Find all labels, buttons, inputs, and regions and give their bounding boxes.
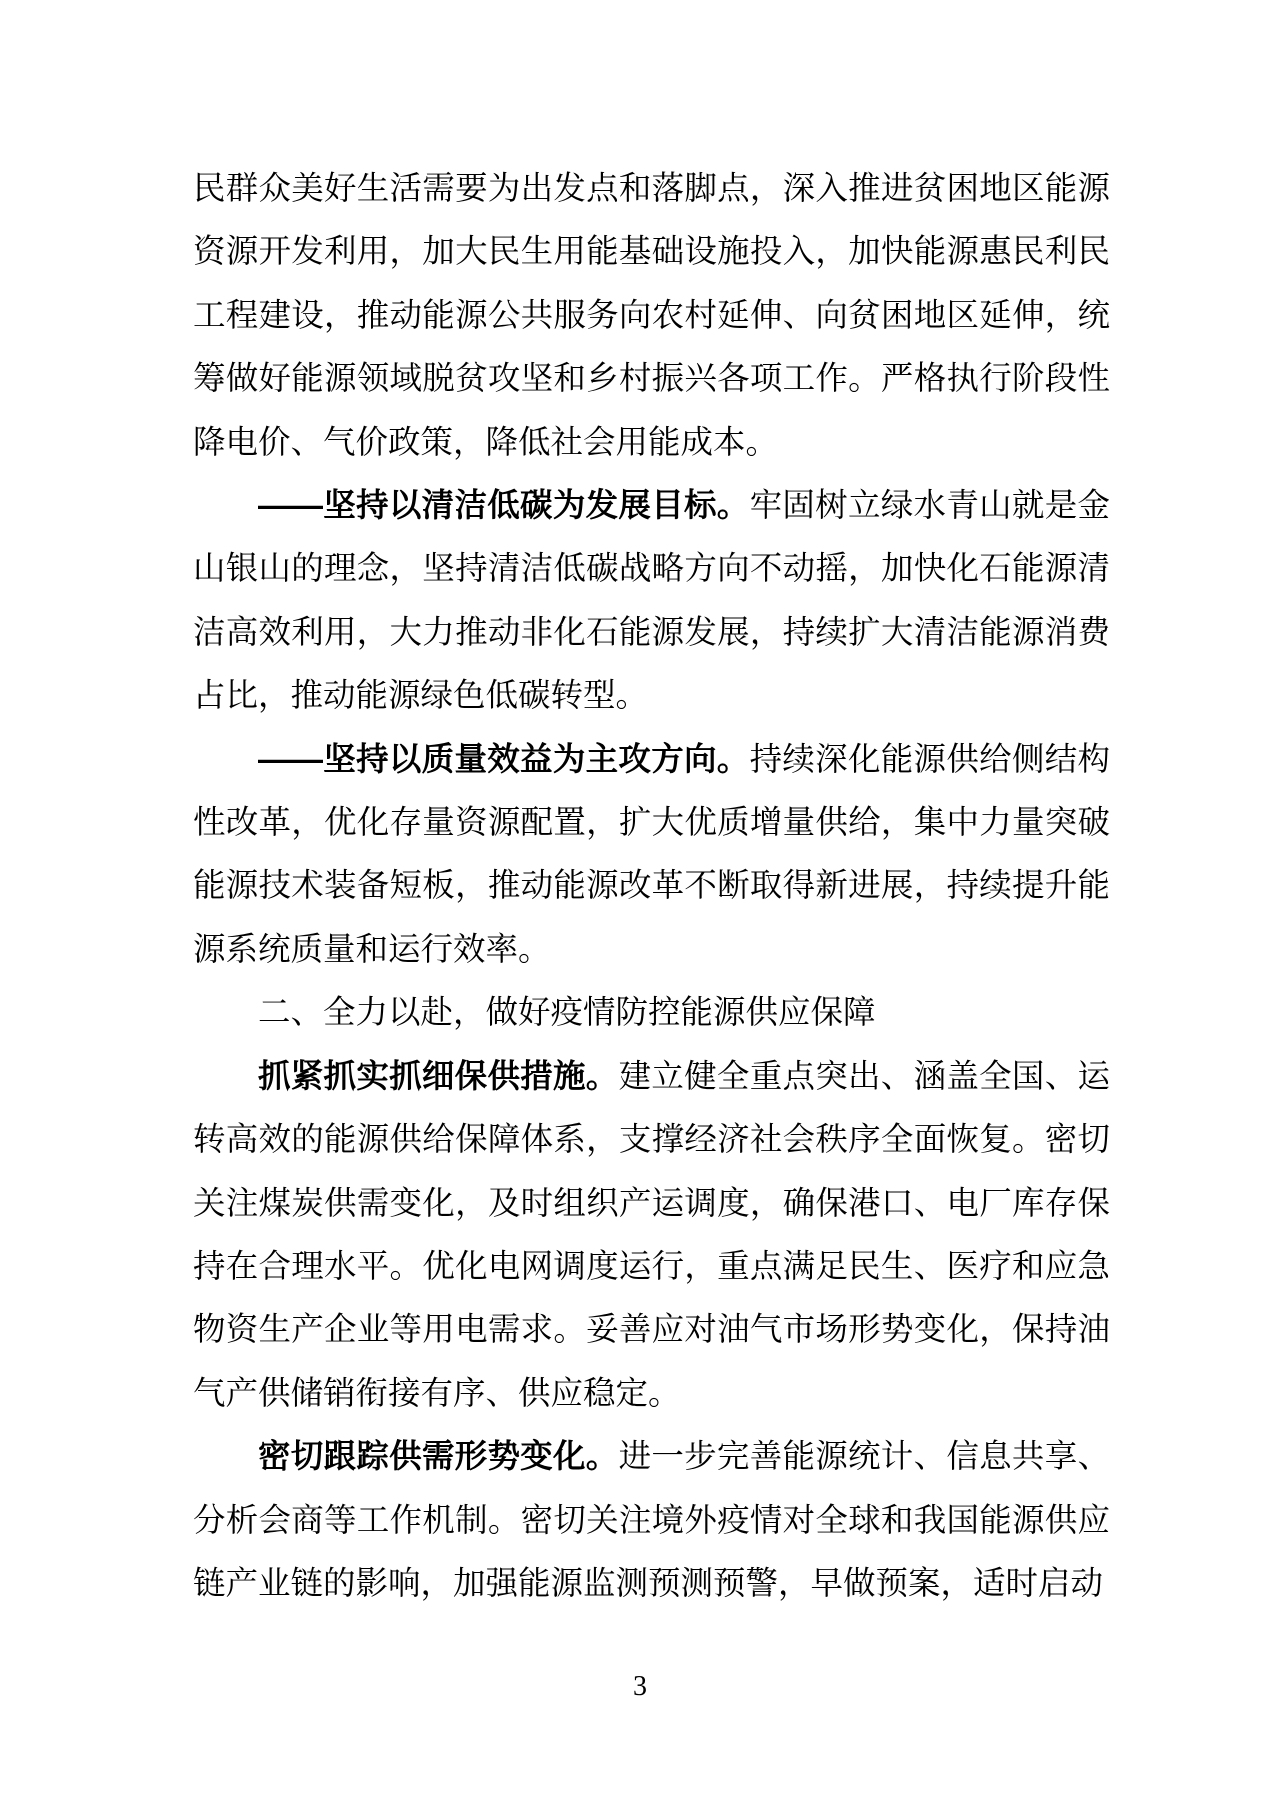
document-text-block: 民群众美好生活需要为出发点和落脚点，深入推进贫困地区能源资源开发利用，加大民生用… xyxy=(193,157,1110,1615)
body-paragraph: 民群众美好生活需要为出发点和落脚点，深入推进贫困地区能源资源开发利用，加大民生用… xyxy=(193,157,1110,474)
section-heading: 二、全力以赴，做好疫情防控能源供应保障 xyxy=(193,981,1110,1044)
body-paragraph: ——坚持以质量效益为主攻方向。持续深化能源供给侧结构性改革，优化存量资源配置，扩… xyxy=(193,728,1110,982)
bold-lead-run: 抓紧抓实抓细保供措施。 xyxy=(258,1058,619,1094)
bold-lead-run: ——坚持以清洁低碳为发展目标。 xyxy=(258,487,750,523)
bold-lead-run: ——坚持以质量效益为主攻方向。 xyxy=(258,741,750,777)
document-page: 民群众美好生活需要为出发点和落脚点，深入推进贫困地区能源资源开发利用，加大民生用… xyxy=(0,0,1280,1809)
text-run: 二、全力以赴，做好疫情防控能源供应保障 xyxy=(258,994,876,1030)
body-paragraph: ——坚持以清洁低碳为发展目标。牢固树立绿水青山就是金山银山的理念，坚持清洁低碳战… xyxy=(193,474,1110,728)
bold-lead-run: 密切跟踪供需形势变化。 xyxy=(258,1438,619,1474)
body-paragraph: 密切跟踪供需形势变化。进一步完善能源统计、信息共享、分析会商等工作机制。密切关注… xyxy=(193,1425,1110,1615)
text-run: 建立健全重点突出、涵盖全国、运转高效的能源供给保障体系，支撑经济社会秩序全面恢复… xyxy=(193,1058,1110,1411)
page-number: 3 xyxy=(0,1672,1280,1702)
text-run: 民群众美好生活需要为出发点和落脚点，深入推进贫困地区能源资源开发利用，加大民生用… xyxy=(193,170,1110,460)
body-paragraph: 抓紧抓实抓细保供措施。建立健全重点突出、涵盖全国、运转高效的能源供给保障体系，支… xyxy=(193,1045,1110,1425)
